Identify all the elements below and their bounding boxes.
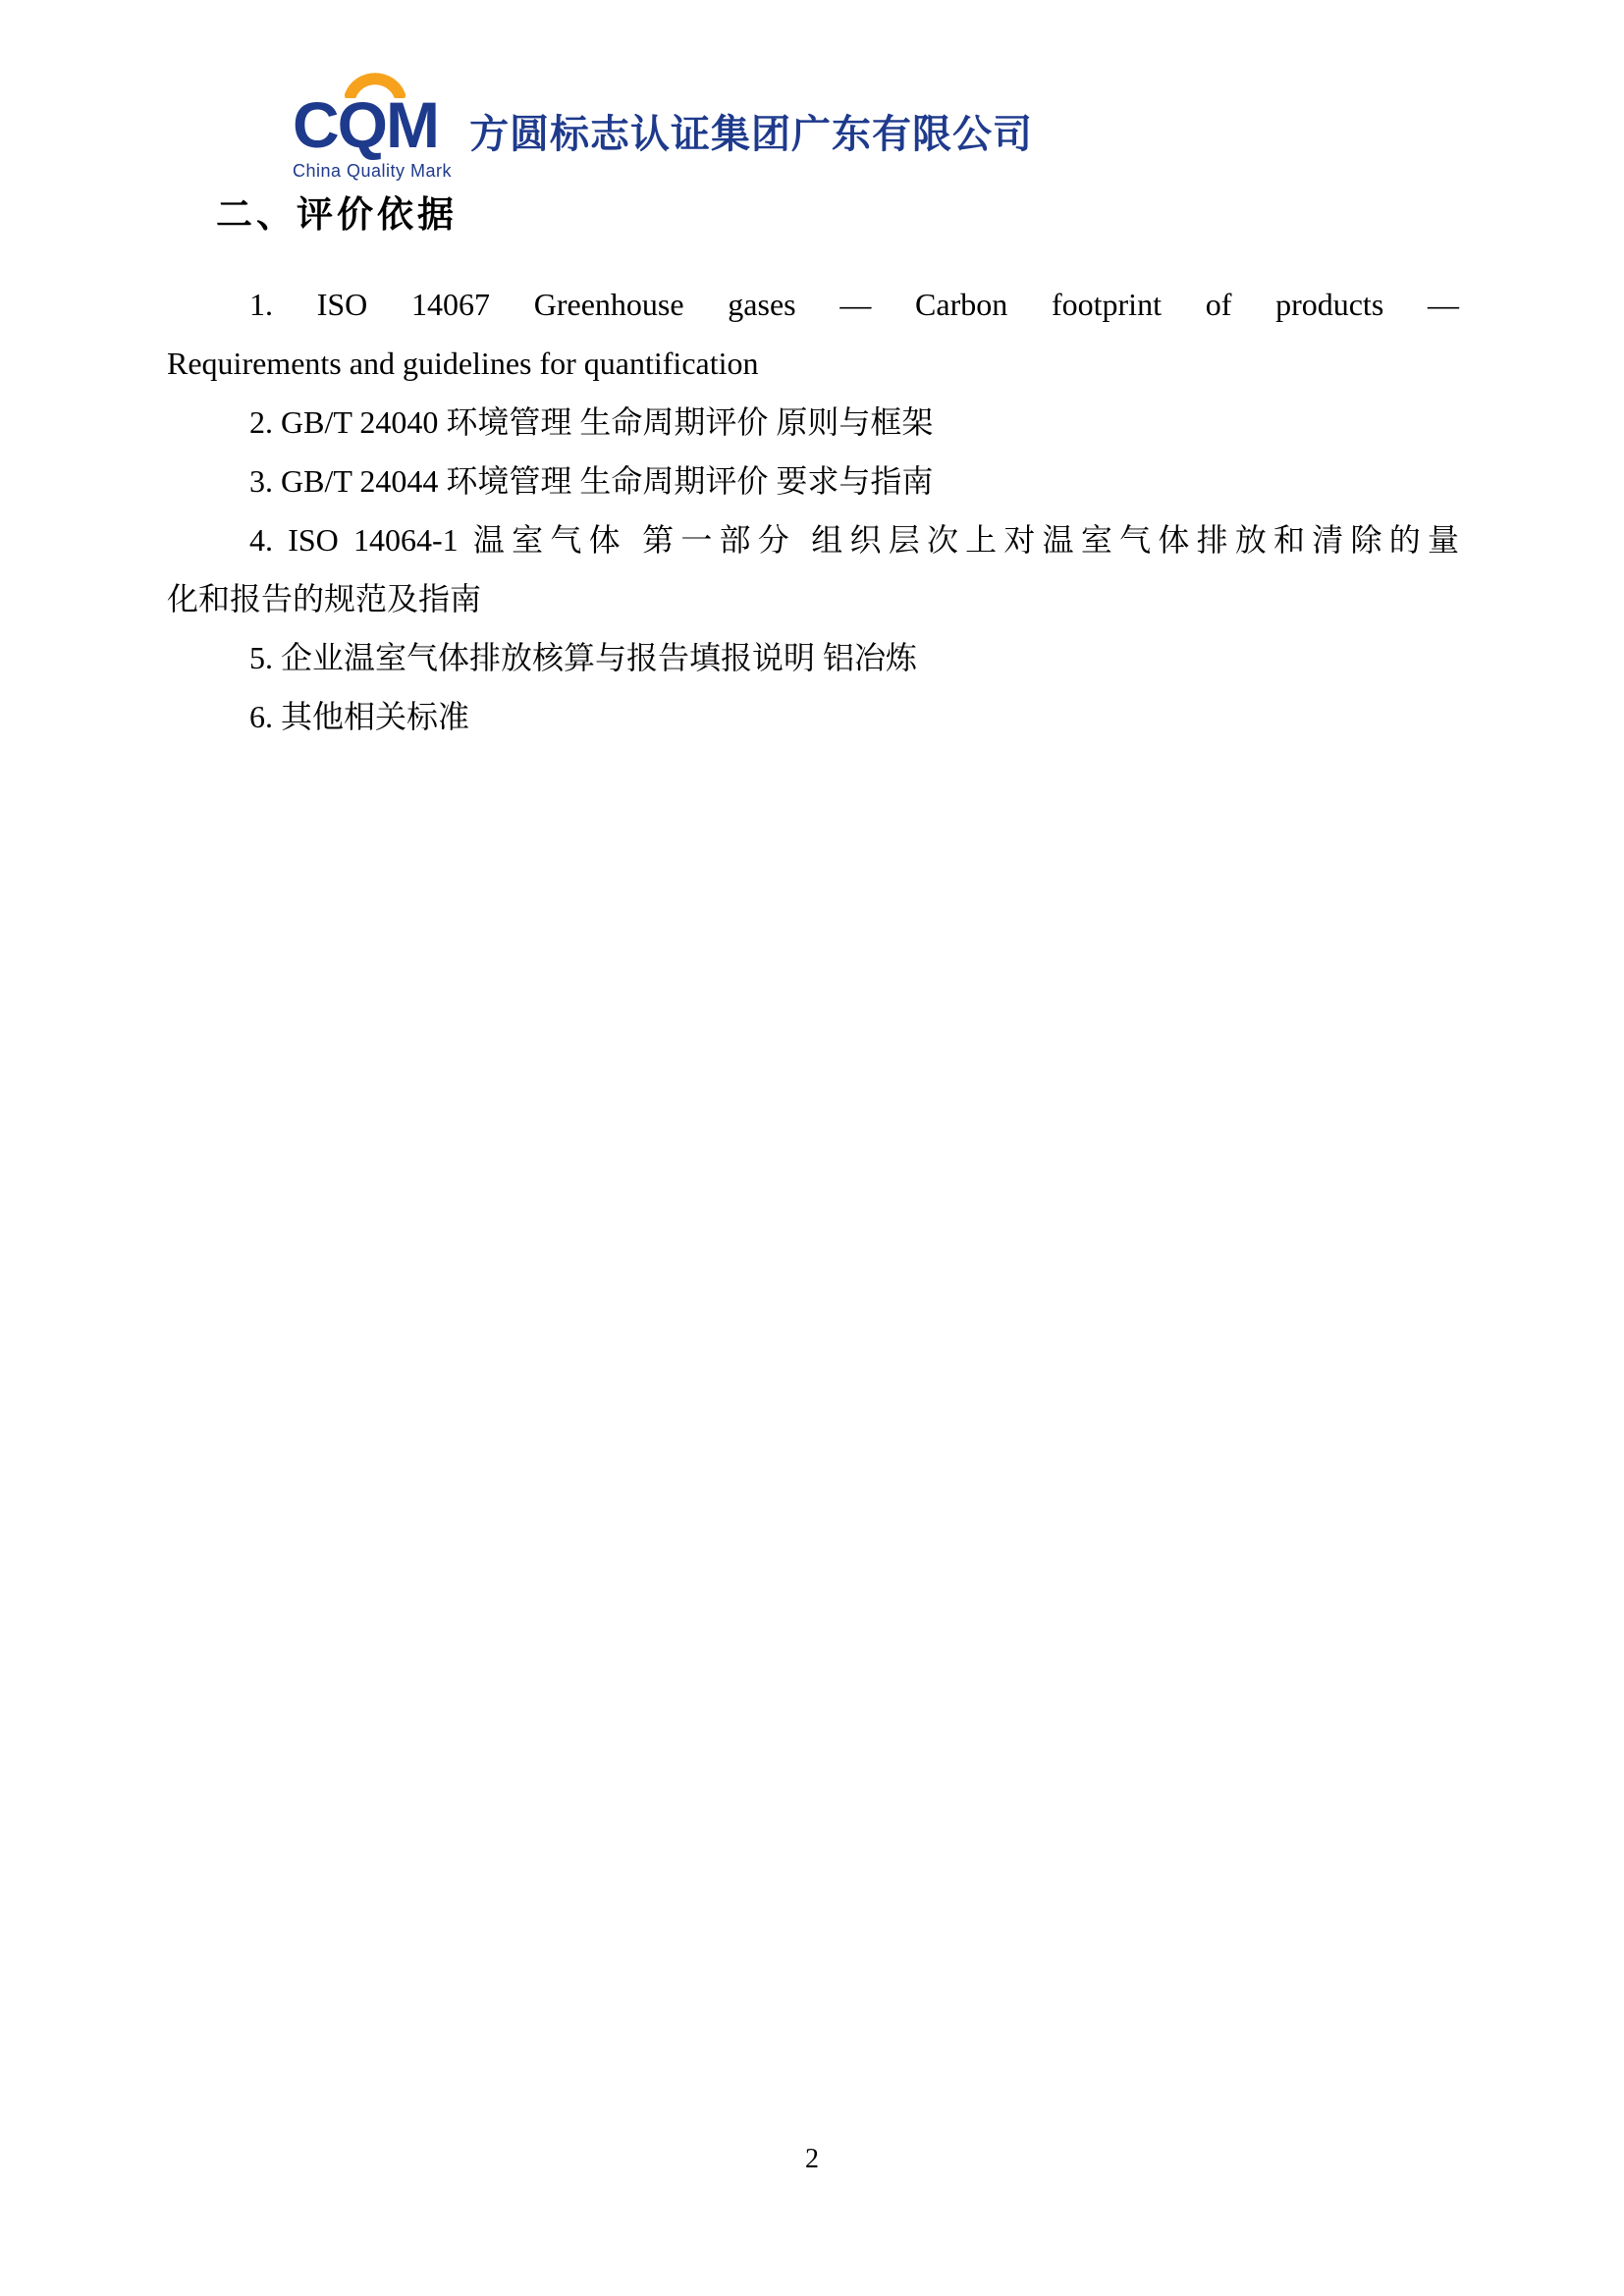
cqm-mark: CQM [293,73,438,157]
cqm-tagline: China Quality Mark [293,162,452,180]
page-number: 2 [0,2140,1624,2179]
list-item-2: 2. GB/T 24040 环境管理 生命周期评价 原则与框架 [167,393,1459,452]
list-item-4-line-1: 4. ISO 14064-1 温室气体 第一部分 组织层次上对温室气体排放和清除… [167,510,1459,569]
section-heading: 二、评价依据 [216,196,458,237]
cqm-logo-block: CQM China Quality Mark [293,73,452,180]
list-item-1-line-1: 1. ISO 14067 Greenhouse gases — Carbon f… [167,275,1459,334]
company-name: 方圆标志认证集团广东有限公司 [469,115,1033,154]
list-item-4-line-2: 化和报告的规范及指南 [167,569,1459,628]
orange-arc-icon [344,73,406,98]
evaluation-basis-list: 1. ISO 14067 Greenhouse gases — Carbon f… [167,275,1459,746]
document-page: { "logo": { "acronym": "CQM", "tagline":… [0,0,1624,2296]
cqm-acronym: CQM [293,92,438,157]
list-item-6: 6. 其他相关标准 [167,687,1459,746]
list-item-5: 5. 企业温室气体排放核算与报告填报说明 铝冶炼 [167,628,1459,687]
company-logo: CQM China Quality Mark 方圆标志认证集团广东有限公司 [293,73,1033,180]
list-item-3: 3. GB/T 24044 环境管理 生命周期评价 要求与指南 [167,452,1459,510]
list-item-1-line-2: Requirements and guidelines for quantifi… [167,334,1459,393]
